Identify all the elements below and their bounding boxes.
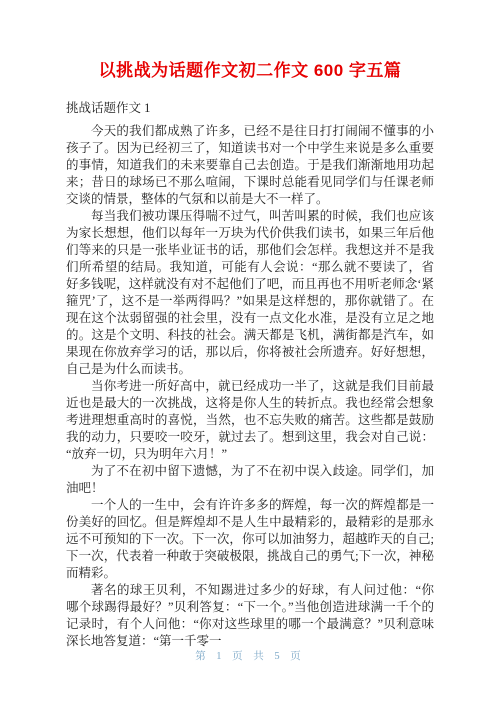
document-body: 今天的我们都成熟了许多，已经不是往日打打闹闹不懂事的小孩子了。因为已经初三了，知… <box>66 123 434 650</box>
paragraph-3: 当你考进一所好高中，就已经成功一半了，这就是我们目前最近也是最大的一次挑战，这将… <box>66 378 434 463</box>
paragraph-2: 每当我们被功课压得喘不过气，叫苦叫累的时候，我们也应该为家长想想，他们以每年一万… <box>66 208 434 378</box>
paragraph-4: 为了不在初中留下遗憾，为了不在初中误入歧途。同学们，加油吧！ <box>66 463 434 497</box>
section-heading: 挑战话题作文 1 <box>66 98 434 116</box>
document-title: 以挑战为话题作文初二作文 600 字五篇 <box>66 60 434 82</box>
paragraph-1: 今天的我们都成熟了许多，已经不是往日打打闹闹不懂事的小孩子了。因为已经初三了，知… <box>66 123 434 208</box>
document-page: 以挑战为话题作文初二作文 600 字五篇 挑战话题作文 1 今天的我们都成熟了许… <box>0 0 500 707</box>
paragraph-6: 著名的球王贝利，不知踢进过多少的好球，有人问过他：“你哪个球踢得最好？”贝利答复… <box>66 582 434 650</box>
paragraph-5: 一个人的一生中，会有许许多多的辉煌，每一次的辉煌都是一份美好的回忆。但是辉煌却不… <box>66 497 434 582</box>
page-number-indicator: 第 1 页 共 5 页 <box>0 648 500 663</box>
